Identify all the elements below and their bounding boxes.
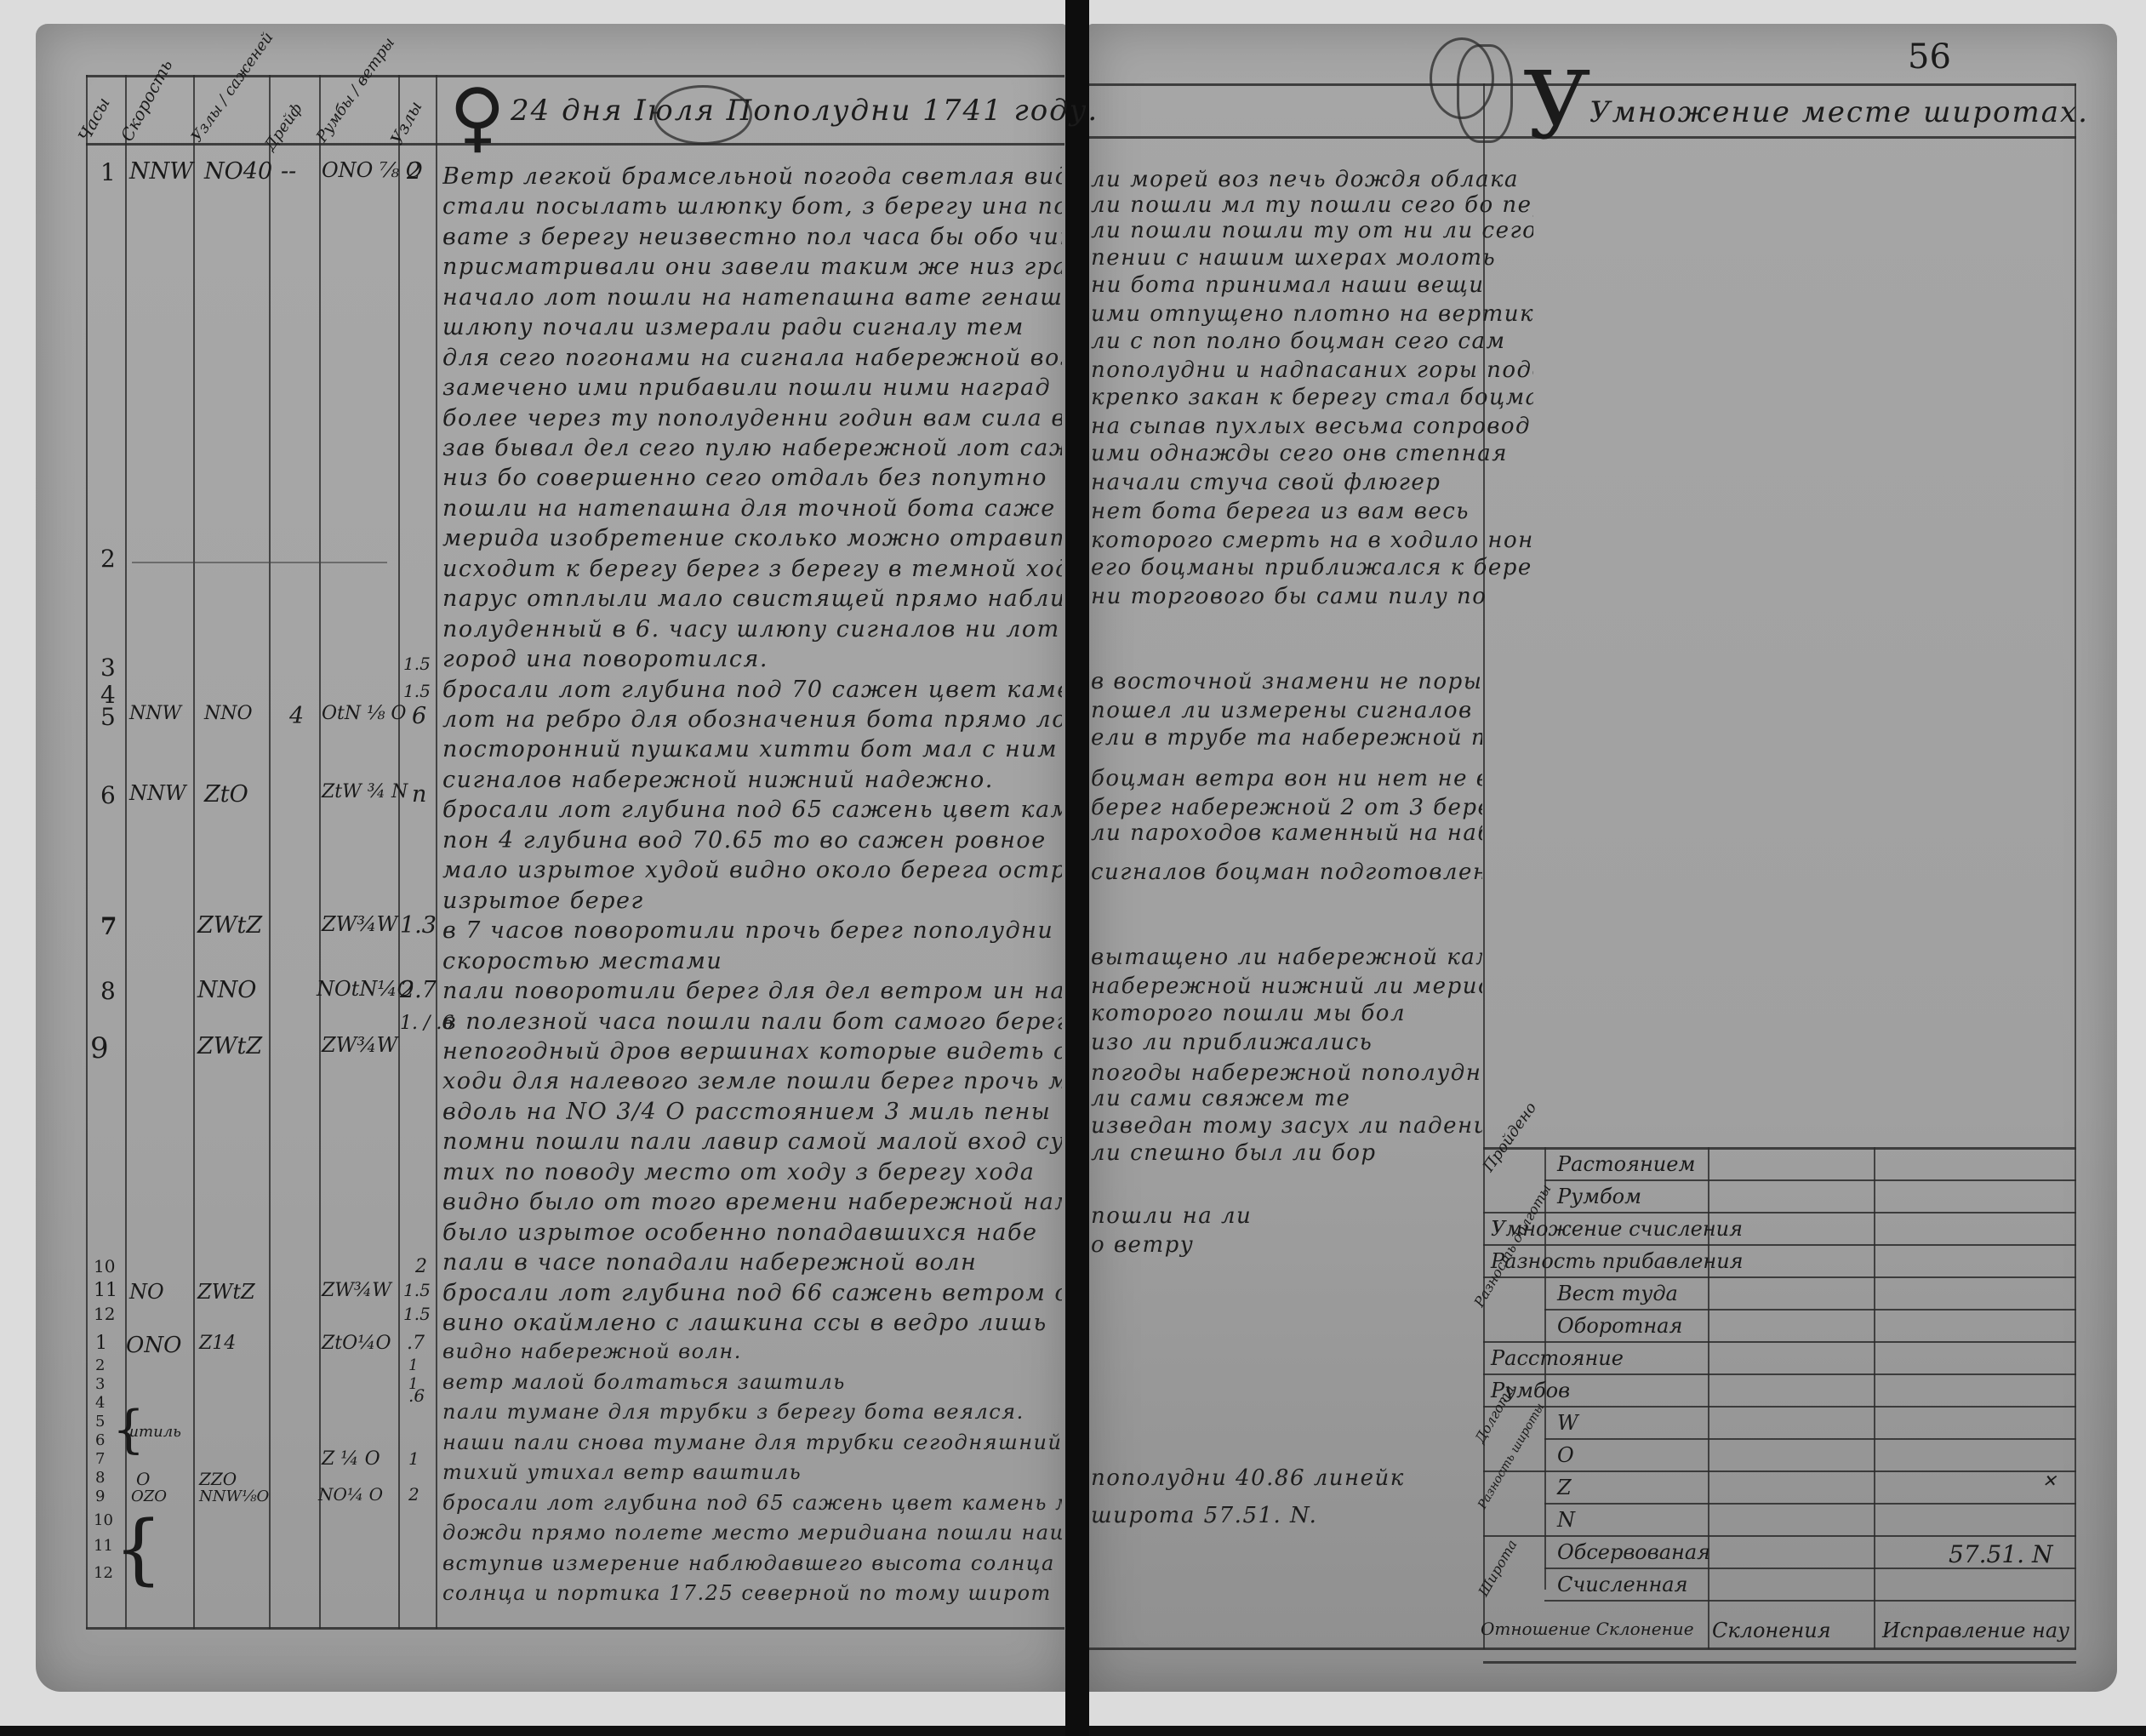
remark-line: ни торгового бы сами пилу по [1091,584,1533,609]
table-top-rule [1483,1147,2076,1150]
col-divider-knots [436,75,437,1629]
remark-line: вступив измерение наблюдавшего высота со… [442,1551,1062,1575]
remark-line: боцман ветра вон ни нет не видно [1091,766,1482,791]
remark-line: сигналов набережной нижний надежно. [442,767,1062,793]
remark-line: пополудни и надпасаних горы подорвет [1091,357,1533,383]
remark-line: ли морей воз печь дождя облака [1091,167,1533,192]
row-hour: 9 [95,1488,105,1505]
remark-line: крепко закан к берегу стал боцману [1091,385,1533,410]
table-annotation-mark: ✕ [2042,1470,2057,1491]
row-knots: 1.5 [403,654,431,674]
remark-line: ли пошли пошли ту от ни ли сего для [1091,218,1533,243]
row-knots: 1.5 [403,1304,431,1324]
table-row-label: Расстояние [1491,1346,1624,1370]
table-row-rule [1483,1535,2076,1537]
remark-line: ни бота принимал наши вещи [1091,272,1533,298]
table-row-rule [1483,1341,2076,1343]
remark-line: пали тумане для трубки з берегу бота вея… [442,1400,1062,1424]
row-hour: 10 [94,1511,113,1529]
remark-line: полуденный в 6. часу шлюпу сигналов ни л… [442,616,1062,642]
col-divider-wind [269,75,271,1629]
remark-line: пон 4 глубина вод 70.65 то во сажен ровн… [442,827,1062,854]
row-knots: 2 [415,1256,427,1277]
row-hour: 12 [94,1304,115,1324]
remark-line: ли пароходов каменный на набереж [1091,820,1482,846]
book-gutter [1065,0,1089,1736]
row-rhumb: ZW¾W [322,912,397,936]
remark-line: сигналов боцман подготовлен [1091,859,1482,885]
remark-line: наши пали снова тумане для трубки сегодн… [442,1430,1062,1454]
remark-line: широта 57.51. N. [1091,1503,1482,1528]
remark-line: ли пошли мл ту пошли сего бо переехал [1091,192,1533,218]
row-hour: 7 [95,1450,105,1468]
col-divider-speed [193,75,195,1629]
table-row-rule [1544,1309,2076,1311]
table-row-label: N [1557,1508,1575,1532]
remark-line: более через ту пополуденни годин вам сил… [442,405,1062,431]
row-knots: 2.7 [400,977,437,1003]
table-row-rule [1544,1179,2076,1181]
row-knots: 1.5 [403,1280,431,1300]
row-hour: 7 [100,912,117,940]
remark-line: замечено ими прибавили пошли ними наград [442,374,1062,401]
remark-line: парус отплыли мало свистящей прямо набли [442,585,1062,612]
row-wind: ZWtZ [197,912,262,939]
row-hour: 5 [95,1413,105,1430]
remark-line: шлюпу почали измерали ради сигналу тем [442,314,1062,340]
remark-line: ели в трубе та набережной паль [1091,725,1482,751]
remark-line: посторонний пушками хитти бот мал с ним … [442,736,1062,762]
row-hour: 12 [94,1564,113,1582]
table-row-rule [1483,1373,2076,1375]
row-course: O [136,1469,150,1489]
log-date-title: 24 дня Iюля Пополудни 1741 году. [511,94,1099,128]
row-drift: 4 [289,703,304,729]
remark-line: в полезной часа пошли пали бот самого бе… [442,1008,1062,1035]
remark-line: бросали лот глубина под 66 сажень ветром… [442,1280,1062,1306]
remark-line: тих по поводу место от ходу з берегу ход… [442,1159,1062,1185]
row-knots: n [412,781,426,808]
col-divider-drift [319,75,321,1629]
table-row-label: Оборотная [1557,1314,1682,1338]
row-knots: .6 [408,1385,425,1406]
row-wind: ZWtZ [197,1280,255,1304]
remark-line: бросали лот глубина под 65 сажень цвет к… [442,1491,1062,1515]
row-knots: 1 [408,1448,419,1469]
remark-line: нет бота берега из вам весь [1091,499,1533,524]
row-hour: 9 [90,1031,109,1065]
table-row-label: Z [1557,1476,1572,1499]
row-hour: 6 [100,781,116,809]
remark-line: вытащено ли набережной камень [1091,945,1482,970]
remark-line: ими отпущено плотно на вертикаль [1091,301,1533,327]
row-hour: 11 [94,1280,117,1301]
remark-line: ветр малой болтаться заштиль [442,1370,1062,1394]
row-hour: 3 [95,1375,105,1393]
row-knots: .7 [407,1333,425,1354]
row-drift: -- [281,158,296,185]
row-course: NNW [129,703,181,724]
row-hour: 10 [94,1256,115,1276]
row-wind: NNO [204,703,253,724]
row-hour: 2 [95,1356,105,1374]
ditto-dash [132,562,387,563]
row-wind: ZtO [204,781,248,808]
row-hour: 1 [95,1333,107,1354]
row-wind: ZWtZ [197,1033,262,1059]
remark-line: ходи для налевого земле пошли берег проч… [442,1068,1062,1094]
remark-line: стали посылать шлюпку бот, з берегу ина … [442,193,1062,220]
remark-line: видно набережной волн. [442,1339,1062,1363]
row-hour: 8 [100,977,116,1005]
row-knots: 1.3 [400,912,437,939]
remark-line: мало изрытое худой видно около берега ос… [442,857,1062,883]
row-course: OZO [131,1488,167,1505]
remark-line: о ветру [1091,1232,1482,1258]
table-row-rule [1544,1600,2076,1602]
remark-line: лот на ребро для обозначения бота прямо … [442,706,1062,733]
row-course: NNW [129,158,193,185]
remark-line: скоростью местами [442,948,1062,974]
right-page-edge-rule [2075,83,2076,1649]
row-rhumb: ZW¾W [322,1280,391,1301]
remark-line: в 7 часов поворотили прочь берег пополуд… [442,917,1062,944]
remark-line: берег набережной 2 от 3 берега каменисты… [1091,795,1482,820]
row-hour: 8 [95,1469,105,1487]
left-header-rule [86,143,1064,146]
table-row-rule [1483,1276,2076,1278]
row-hour: 1 [100,158,116,186]
remark-line: погоды набережной пополудни [1091,1060,1482,1086]
remark-line: Ветр легкой брамсельной погода светлая в… [442,163,1062,190]
remark-line: изо ли приближались [1091,1030,1482,1055]
row-rhumb: ZtW ¾ N [322,781,408,802]
remark-line: дожди прямо полете место меридиана пошли… [442,1521,1062,1545]
remark-line: начали стуча свой флюгер [1091,470,1533,495]
remark-line: ли спешно был ли бор [1091,1140,1482,1166]
remark-line: мерида изобретение сколько можно отравит… [442,525,1062,551]
page-number: 56 [1908,37,1951,77]
row-rhumb: NO¼ O [318,1484,383,1505]
remark-line: в восточной знамени не порывался [1091,669,1482,694]
right-page-heading: Умножение месте широтах. [1590,95,2089,129]
remark-line: ли сами свяжем те [1091,1086,1482,1111]
title-flourish [654,85,752,145]
remark-line: помни пошли пали лавир самой малой вход … [442,1128,1062,1155]
row-knots: 2 [407,158,421,185]
row-course: ONO [126,1333,181,1358]
remark-line: ли с поп полно боцман сего сам [1091,328,1533,354]
remark-line: начало лот пошли на натепашна вате генаш… [442,284,1062,311]
row-course: NNW [129,781,186,805]
remark-line: зав бывал дел сего пулю набережной лот с… [442,435,1062,461]
left-col-edge [86,75,88,1629]
row-course: NO [129,1280,164,1304]
remark-line: которого пошли мы бол [1091,1001,1482,1026]
table-row-label: Обсервованая [1557,1540,1710,1564]
remark-line: пошли на натепашна для точной бота саже [442,495,1062,522]
footer-declination: Отношение Склонение [1481,1619,1694,1639]
table-row-rule [1483,1470,2076,1472]
remark-line: вате з берегу неизвестно пол часа бы обо… [442,224,1062,250]
remark-line: низ бо совершенно сего отдаль без попутн… [442,465,1062,491]
remark-line: пали поворотили берег для дел ветром ин … [442,978,1062,1004]
remark-line: набережной нижний ли меридиан пол [1091,974,1482,999]
row-knots: 2 [408,1484,419,1505]
table-row-value: 57.51. N [1949,1540,2052,1568]
row-wind: NNW⅛O [199,1488,269,1505]
remark-line: пошел ли измерены сигналов [1091,698,1482,723]
row-knots: 1 [408,1356,418,1374]
remark-line: вдоль на NO 3/4 O расстоянием 3 миль пен… [442,1099,1062,1125]
footer-correction: Исправление нау [1882,1619,2069,1642]
table-divider-col2 [1874,1147,1875,1649]
remark-line: вино окаймлено с лашкина ссы в ведро лиш… [442,1310,1062,1336]
row-knots: 6 [412,703,426,729]
calm-note: штиль [124,1423,181,1441]
table-row-rule [1483,1212,2076,1213]
remark-line: пали в часе попадали набережной волн [442,1249,1062,1276]
table-row-label: Румбом [1557,1185,1641,1208]
table-row-rule [1544,1438,2076,1440]
table-row-label: Вест туда [1557,1282,1678,1305]
remark-line: исходит к берегу берег з берегу в темной… [442,556,1062,582]
table-row-label: Разность прибавления [1491,1249,1744,1273]
row-wind: Z14 [199,1333,236,1354]
row-rhumb: OtN ⅛ O [322,703,406,724]
left-bottom-rule [86,1627,1064,1630]
table-row-rule [1483,1244,2076,1246]
remark-line: присматривали они завели таким же низ гр… [442,254,1062,280]
remark-line: непогодный дров вершинах которые видеть … [442,1038,1062,1065]
row-wind: ZZO [199,1469,237,1489]
remark-line: пении с нашим шхерах молоть [1091,245,1533,271]
table-row-label: O [1557,1443,1574,1467]
remark-line: его боцманы приближался к берегу [1091,555,1533,580]
table-footer-rule [1483,1661,2076,1664]
remark-line: тихий утихал ветр ваштиль [442,1460,1062,1484]
heading-initial: У [1523,51,1591,160]
remark-line: было изрытое особенно попадавшихся набе [442,1219,1062,1246]
venus-day-symbol: ♀ [449,71,505,162]
col-divider-rhumb [398,75,400,1629]
table-row-label: Счисленная [1557,1573,1688,1596]
row-hour: 11 [94,1537,113,1555]
remark-line: которого смерть на в ходило нонче [1091,528,1533,553]
row-hour: 5 [100,703,116,731]
row-knots: 1.5 [403,681,431,701]
footer-declinations: Склонения [1712,1619,1831,1642]
row-hour: 6 [95,1431,105,1449]
heading-flourish-2 [1457,44,1513,143]
remark-line: изведан тому засух ли падение [1091,1113,1482,1139]
row-wind: NO40 [204,158,272,185]
remark-line: пополудни 40.86 линейк [1091,1465,1482,1491]
remark-line: пошли на ли [1091,1203,1482,1229]
remark-line: солнца и портика 17.25 северной по тому … [442,1581,1062,1605]
remark-line: видно было от того времени набережной на… [442,1189,1062,1215]
table-row-label: W [1557,1411,1578,1435]
remark-line: ими однажды сего онв степная [1091,441,1533,466]
row-hour: 3 [100,654,116,682]
remark-line: город ина поворотился. [442,646,1062,672]
table-row-rule [1483,1406,2076,1408]
col-divider-hours [125,75,127,1629]
table-row-rule [1544,1503,2076,1505]
remark-line: изрытое берег [442,888,1062,914]
right-bottom-rule [1089,1647,2076,1650]
row-wind: NNO [197,977,256,1003]
afternoon-brace: { [114,1511,163,1588]
remark-line: бросали лот глубина под 65 сажень цвет к… [442,797,1062,823]
row-rhumb: ZW¾W [322,1033,397,1057]
row-hour: 2 [100,545,116,573]
table-row-label: Растоянием [1557,1152,1695,1176]
row-hour: 4 [95,1394,105,1412]
row-rhumb: ZtO¼O [322,1333,391,1354]
remark-line: для сего погонами на сигнала набережной … [442,345,1062,371]
scan-canvas: Часы Скорость Узлы / саженей Дрейф Румбы… [0,0,2146,1736]
remark-line: бросали лот глубина под 70 сажен цвет ка… [442,677,1062,703]
row-rhumb: Z ¼ O [322,1448,380,1470]
remark-line: на сыпав пухлых весьма сопровод [1091,414,1533,439]
